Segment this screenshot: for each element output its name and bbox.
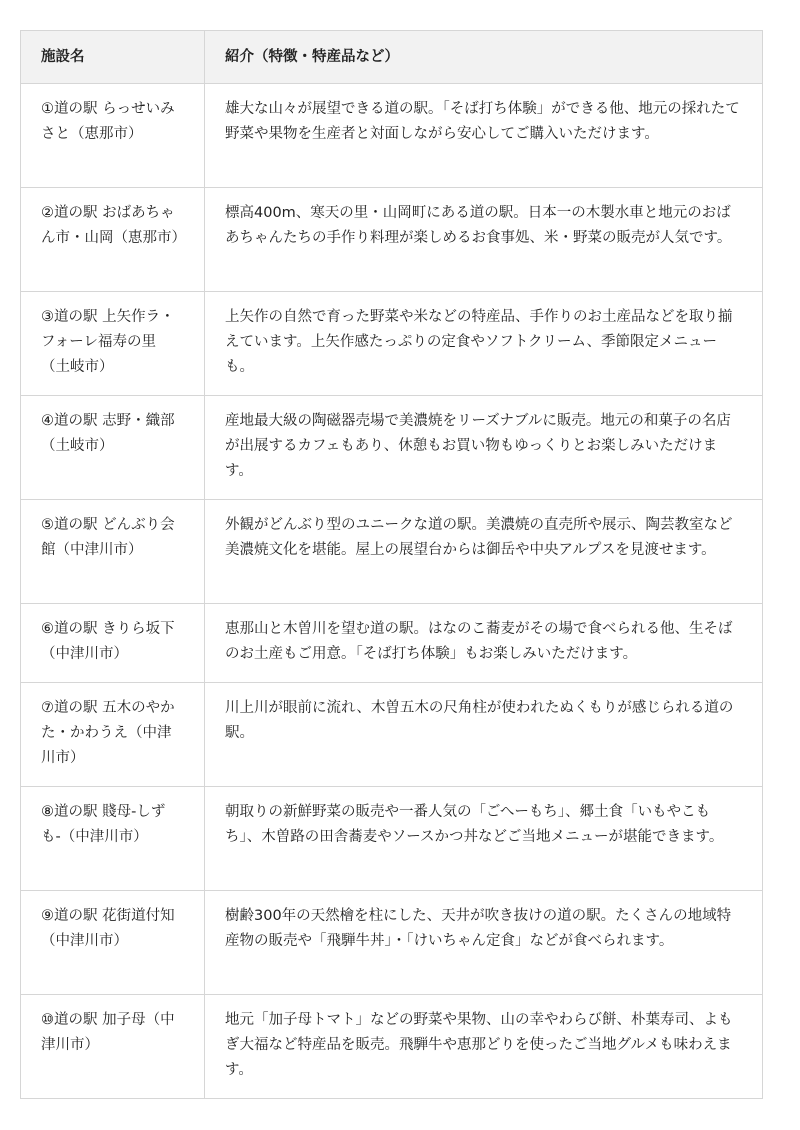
facility-name-cell: ⑦道の駅 五木のやかた・かわうえ（中津川市） xyxy=(21,683,205,787)
table-header-row: 施設名 紹介（特徴・特産品など） xyxy=(21,31,763,84)
facility-name-cell: ⑩道の駅 加子母（中津川市） xyxy=(21,995,205,1099)
table-row: ⑤道の駅 どんぶり会館（中津川市） 外観がどんぶり型のユニークな道の駅。美濃焼の… xyxy=(21,500,763,604)
introduction-cell: 川上川が眼前に流れ、木曽五木の尺角柱が使われたぬくもりが感じられる道の駅。 xyxy=(205,683,763,787)
introduction-cell: 産地最大級の陶磁器売場で美濃焼をリーズナブルに販売。地元の和菓子の名店が出展する… xyxy=(205,396,763,500)
facility-name-cell: ④道の駅 志野・織部（土岐市） xyxy=(21,396,205,500)
roadside-station-table: 施設名 紹介（特徴・特産品など） ①道の駅 らっせいみさと（恵那市） 雄大な山々… xyxy=(20,30,763,1099)
facility-name-cell: ③道の駅 上矢作ラ・フォーレ福寿の里（土岐市） xyxy=(21,292,205,396)
table-row: ⑦道の駅 五木のやかた・かわうえ（中津川市） 川上川が眼前に流れ、木曽五木の尺角… xyxy=(21,683,763,787)
facility-name-cell: ⑤道の駅 どんぶり会館（中津川市） xyxy=(21,500,205,604)
table-row: ⑩道の駅 加子母（中津川市） 地元「加子母トマト」などの野菜や果物、山の幸やわら… xyxy=(21,995,763,1099)
facility-name-cell: ⑨道の駅 花街道付知（中津川市） xyxy=(21,891,205,995)
introduction-cell: 上矢作の自然で育った野菜や米などの特産品、手作りのお土産品などを取り揃えています… xyxy=(205,292,763,396)
header-facility-name: 施設名 xyxy=(21,31,205,84)
table-row: ②道の駅 おばあちゃん市・山岡（恵那市） 標高400m、寒天の里・山岡町にある道… xyxy=(21,188,763,292)
facility-name-cell: ⑥道の駅 きりら坂下（中津川市） xyxy=(21,604,205,683)
introduction-cell: 地元「加子母トマト」などの野菜や果物、山の幸やわらび餅、朴葉寿司、よもぎ大福など… xyxy=(205,995,763,1099)
table-row: ④道の駅 志野・織部（土岐市） 産地最大級の陶磁器売場で美濃焼をリーズナブルに販… xyxy=(21,396,763,500)
introduction-cell: 恵那山と木曽川を望む道の駅。はなのこ蕎麦がその場で食べられる他、生そばのお土産も… xyxy=(205,604,763,683)
table-row: ③道の駅 上矢作ラ・フォーレ福寿の里（土岐市） 上矢作の自然で育った野菜や米など… xyxy=(21,292,763,396)
facility-name-cell: ①道の駅 らっせいみさと（恵那市） xyxy=(21,84,205,188)
introduction-cell: 朝取りの新鮮野菜の販売や一番人気の「ごへーもち」、郷土食「いもやこもち」、木曽路… xyxy=(205,787,763,891)
introduction-cell: 樹齢300年の天然檜を柱にした、天井が吹き抜けの道の駅。たくさんの地域特産物の販… xyxy=(205,891,763,995)
table-row: ①道の駅 らっせいみさと（恵那市） 雄大な山々が展望できる道の駅。「そば打ち体験… xyxy=(21,84,763,188)
facility-name-cell: ②道の駅 おばあちゃん市・山岡（恵那市） xyxy=(21,188,205,292)
introduction-cell: 外観がどんぶり型のユニークな道の駅。美濃焼の直売所や展示、陶芸教室など美濃焼文化… xyxy=(205,500,763,604)
table-row: ⑧道の駅 賤母-しずも-（中津川市） 朝取りの新鮮野菜の販売や一番人気の「ごへー… xyxy=(21,787,763,891)
facility-name-cell: ⑧道の駅 賤母-しずも-（中津川市） xyxy=(21,787,205,891)
header-introduction: 紹介（特徴・特産品など） xyxy=(205,31,763,84)
introduction-cell: 雄大な山々が展望できる道の駅。「そば打ち体験」ができる他、地元の採れたて野菜や果… xyxy=(205,84,763,188)
table-row: ⑥道の駅 きりら坂下（中津川市） 恵那山と木曽川を望む道の駅。はなのこ蕎麦がその… xyxy=(21,604,763,683)
table-row: ⑨道の駅 花街道付知（中津川市） 樹齢300年の天然檜を柱にした、天井が吹き抜け… xyxy=(21,891,763,995)
introduction-cell: 標高400m、寒天の里・山岡町にある道の駅。日本一の木製水車と地元のおばあちゃん… xyxy=(205,188,763,292)
roadside-station-table-container: 施設名 紹介（特徴・特産品など） ①道の駅 らっせいみさと（恵那市） 雄大な山々… xyxy=(20,30,762,1099)
